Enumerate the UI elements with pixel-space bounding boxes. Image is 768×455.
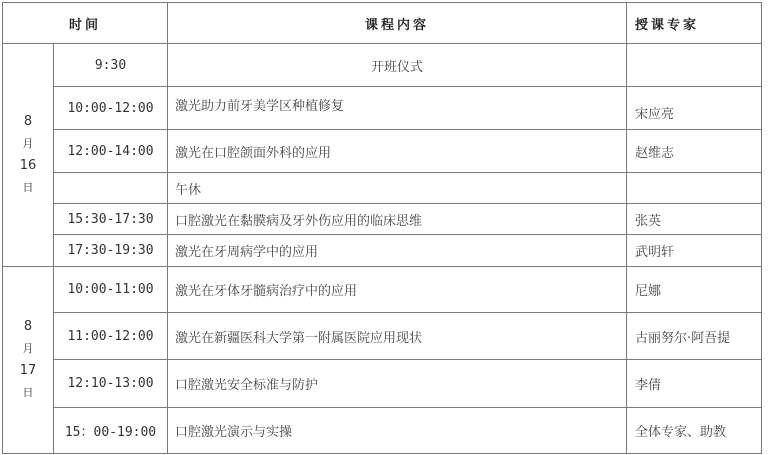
date-month-label: 月	[3, 133, 53, 155]
session-time: 15:30-17:30	[54, 204, 168, 235]
header-row: 时间 课程内容 授课专家	[3, 3, 762, 44]
date-month-label: 月	[3, 338, 53, 360]
session-content: 激光在牙体牙髓病治疗中的应用	[168, 267, 627, 313]
session-content-text: 激光助力前牙美学区种植修复	[175, 99, 344, 114]
header-content: 课程内容	[168, 3, 627, 44]
session-time: 12:10-13:00	[54, 360, 168, 408]
session-content: 激光助力前牙美学区种植修复	[168, 87, 627, 130]
session-content: 激光在新疆医科大学第一附属医院应用现状	[168, 313, 627, 360]
session-expert	[627, 44, 762, 87]
session-time: 9:30	[54, 44, 168, 87]
session-time: 15：00-19:00	[54, 408, 168, 454]
header-time: 时间	[3, 3, 168, 44]
table-row: 15:30-17:30 口腔激光在黏膜病及牙外伤应用的临床思维 张英	[3, 204, 762, 235]
session-expert: 宋应亮	[627, 87, 762, 130]
session-expert: 张英	[627, 204, 762, 235]
session-time	[54, 173, 168, 204]
session-expert: 赵维志	[627, 130, 762, 173]
table-row: 午休	[3, 173, 762, 204]
session-time: 17:30-19:30	[54, 235, 168, 267]
session-content: 激光在牙周病学中的应用	[168, 235, 627, 267]
date-cell-day1: 8 月 16 日	[3, 44, 54, 267]
date-month-num: 8	[3, 316, 53, 338]
table-row: 8 月 17 日 10:00-11:00 激光在牙体牙髓病治疗中的应用 尼娜	[3, 267, 762, 313]
session-time: 11:00-12:00	[54, 313, 168, 360]
table-row: 12:00-14:00 激光在口腔颌面外科的应用 赵维志	[3, 130, 762, 173]
header-expert: 授课专家	[627, 3, 762, 44]
session-content: 口腔激光安全标准与防护	[168, 360, 627, 408]
session-expert: 尼娜	[627, 267, 762, 313]
date-day-num: 17	[3, 360, 53, 382]
session-expert	[627, 173, 762, 204]
table-row: 17:30-19:30 激光在牙周病学中的应用 武明轩	[3, 235, 762, 267]
session-content: 口腔激光演示与实操	[168, 408, 627, 454]
date-day-label: 日	[3, 177, 53, 199]
date-cell-day2: 8 月 17 日	[3, 267, 54, 454]
session-content: 午休	[168, 173, 627, 204]
table-row: 12:10-13:00 口腔激光安全标准与防护 李倩	[3, 360, 762, 408]
date-day-num: 16	[3, 155, 53, 177]
session-expert: 李倩	[627, 360, 762, 408]
session-expert: 全体专家、助教	[627, 408, 762, 454]
session-content: 开班仪式	[168, 44, 627, 87]
session-expert: 武明轩	[627, 235, 762, 267]
course-schedule-table: 时间 课程内容 授课专家 8 月 16 日 9:30 开班仪式 10:00-12…	[2, 2, 762, 454]
session-content: 口腔激光在黏膜病及牙外伤应用的临床思维	[168, 204, 627, 235]
table-row: 15：00-19:00 口腔激光演示与实操 全体专家、助教	[3, 408, 762, 454]
session-content: 激光在口腔颌面外科的应用	[168, 130, 627, 173]
table-row: 8 月 16 日 9:30 开班仪式	[3, 44, 762, 87]
table-row: 11:00-12:00 激光在新疆医科大学第一附属医院应用现状 古丽努尔·阿吾提	[3, 313, 762, 360]
session-time: 12:00-14:00	[54, 130, 168, 173]
date-day-label: 日	[3, 382, 53, 404]
session-content-text: 开班仪式	[371, 60, 423, 75]
date-month-num: 8	[3, 111, 53, 133]
session-expert-text: 宋应亮	[635, 107, 674, 122]
session-expert: 古丽努尔·阿吾提	[627, 313, 762, 360]
session-time: 10:00-12:00	[54, 87, 168, 130]
table-row: 10:00-12:00 激光助力前牙美学区种植修复 宋应亮	[3, 87, 762, 130]
session-time: 10:00-11:00	[54, 267, 168, 313]
